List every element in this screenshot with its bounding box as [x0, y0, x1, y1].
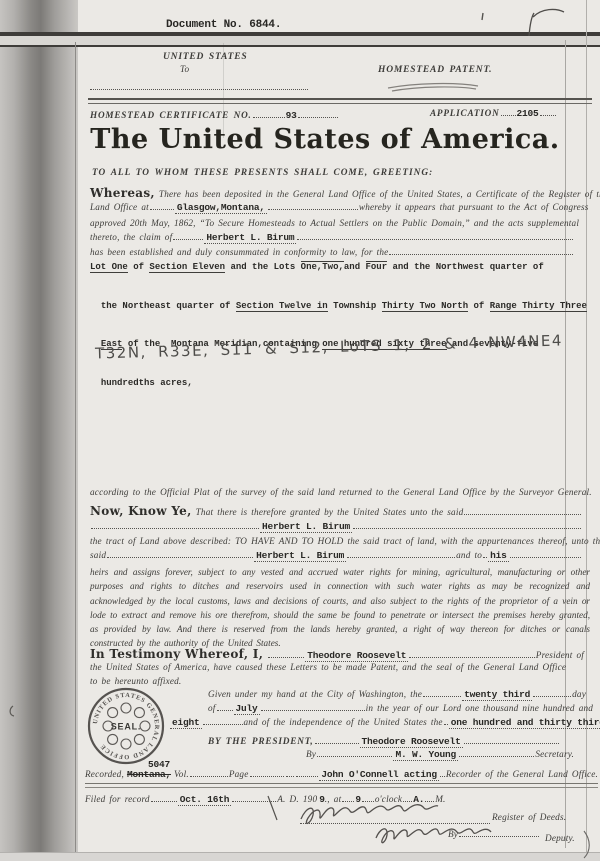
pen-hook-left-edge [10, 706, 14, 716]
pen-marks-overlay [0, 0, 600, 861]
scanned-homestead-patent-page: Document No. 6844. UNITED STATES To HOME… [0, 0, 600, 861]
pen-tick-mark [482, 13, 483, 20]
pen-backslash-mark [268, 796, 277, 820]
pen-curve-bottom-right [584, 831, 589, 858]
pen-flick-top-right [529, 9, 564, 36]
